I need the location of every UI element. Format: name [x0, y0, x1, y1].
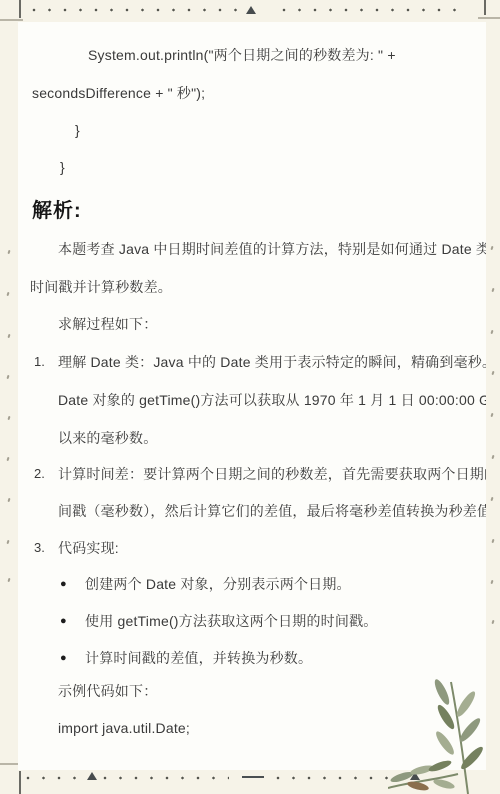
frame-mark-top-right-horizontal	[478, 17, 500, 19]
paragraph-line: 求解过程如下：	[58, 313, 157, 335]
list-number: 3.	[34, 537, 45, 559]
bottom-triangle-icon-left	[87, 772, 97, 780]
paragraph-line: 时间戳并计算秒数差。	[30, 276, 172, 298]
margin-tick	[491, 539, 494, 543]
top-dot-row-left	[32, 8, 237, 12]
list-item-line: 代码实现:	[58, 537, 119, 559]
margin-tick	[7, 416, 10, 420]
code-line: System.out.println("两个日期之间的秒数差为: " +	[88, 44, 396, 66]
document-body: System.out.println("两个日期之间的秒数差为: " + sec…	[18, 22, 486, 770]
document-page-screenshot: System.out.println("两个日期之间的秒数差为: " + sec…	[0, 0, 500, 794]
code-line: import java.util.Date;	[58, 717, 190, 739]
list-item-line: 计算时间差：要计算两个日期之间的秒数差，首先需要获取两个日期的时	[58, 463, 486, 485]
frame-mark-top-left-vertical	[19, 0, 21, 18]
paragraph-line: 本题考查 Java 中日期时间差值的计算方法，特别是如何通过 Date 类获取	[58, 238, 486, 260]
bottom-dot-row-2	[103, 776, 229, 780]
margin-tick	[491, 620, 494, 624]
margin-tick	[7, 498, 10, 502]
margin-tick	[7, 578, 10, 582]
frame-mark-top-right-vertical	[484, 0, 486, 15]
bottom-dot-row-1	[26, 776, 84, 780]
list-number: 2.	[34, 463, 45, 485]
top-triangle-icon	[246, 6, 256, 14]
margin-tick	[7, 250, 10, 254]
code-line: }	[60, 156, 65, 178]
paragraph-line: 示例代码如下：	[58, 680, 157, 702]
margin-tick	[490, 580, 493, 584]
margin-tick	[7, 334, 10, 338]
margin-tick	[491, 288, 494, 292]
margin-tick	[490, 497, 493, 501]
bullet-icon: ●	[60, 610, 67, 632]
bottom-dash-mark	[242, 776, 264, 778]
list-item-line: Date 对象的 getTime()方法可以获取从 1970 年 1 月 1 日…	[58, 389, 486, 411]
bullet-icon: ●	[60, 573, 67, 595]
margin-tick	[490, 246, 493, 250]
margin-tick	[6, 375, 9, 379]
margin-tick	[490, 413, 493, 417]
margin-tick	[6, 292, 9, 296]
code-line: }	[75, 119, 80, 141]
bottom-dot-row-3	[276, 776, 404, 780]
margin-tick	[491, 455, 494, 459]
list-number: 1.	[34, 351, 45, 373]
bullet-icon: ●	[60, 647, 67, 669]
list-item-line: 间戳（毫秒数），然后计算它们的差值，最后将毫秒差值转换为秒差值。	[58, 500, 486, 522]
frame-mark-bottom-left-vertical	[19, 771, 21, 794]
frame-mark-top-left-horizontal	[0, 19, 23, 21]
margin-tick	[490, 330, 493, 334]
section-heading-analysis: 解析:	[32, 198, 82, 224]
margin-tick	[6, 457, 9, 461]
list-item-line: 理解 Date 类：Java 中的 Date 类用于表示特定的瞬间，精确到毫秒。…	[58, 351, 486, 373]
top-dot-row-right	[282, 8, 468, 12]
bullet-item-line: 使用 getTime()方法获取这两个日期的时间戳。	[85, 610, 377, 632]
bullet-item-line: 创建两个 Date 对象，分别表示两个日期。	[85, 573, 351, 595]
olive-branch-decoration-icon	[388, 672, 500, 794]
list-item-line: 以来的毫秒数。	[58, 427, 157, 449]
margin-tick	[6, 540, 9, 544]
margin-tick	[491, 371, 494, 375]
bullet-item-line: 计算时间戳的差值，并转换为秒数。	[85, 647, 312, 669]
code-line: secondsDifference + " 秒");	[32, 82, 205, 104]
